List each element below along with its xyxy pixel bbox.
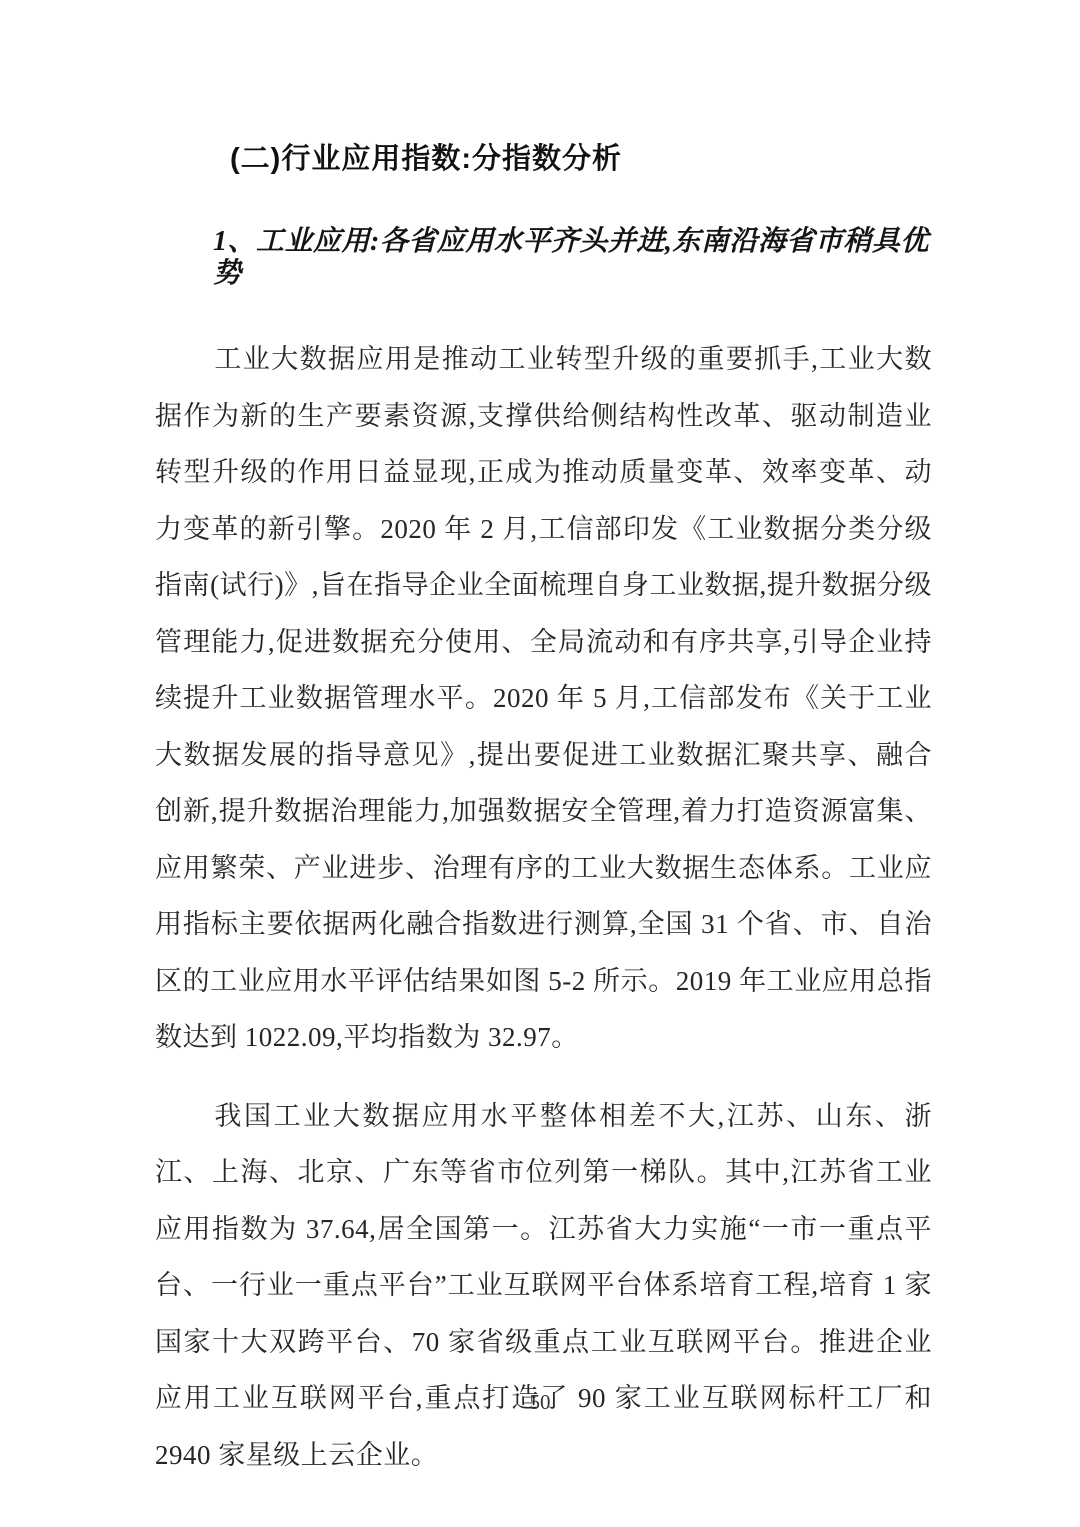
sub-heading: 1、工业应用:各省应用水平齐头并进,东南沿海省市稍具优势	[155, 226, 932, 290]
section-heading: (二)行业应用指数:分指数分析	[230, 143, 932, 175]
paragraph-1: 工业大数据应用是推动工业转型升级的重要抓手,工业大数据作为新的生产要素资源,支撑…	[155, 331, 932, 1066]
document-page: (二)行业应用指数:分指数分析 1、工业应用:各省应用水平齐头并进,东南沿海省市…	[0, 0, 1080, 1527]
text-column: (二)行业应用指数:分指数分析 1、工业应用:各省应用水平齐头并进,东南沿海省市…	[155, 0, 932, 1483]
paragraph-2: 我国工业大数据应用水平整体相差不大,江苏、山东、浙江、上海、北京、广东等省市位列…	[155, 1088, 932, 1484]
page-number: 50	[0, 1390, 1080, 1415]
